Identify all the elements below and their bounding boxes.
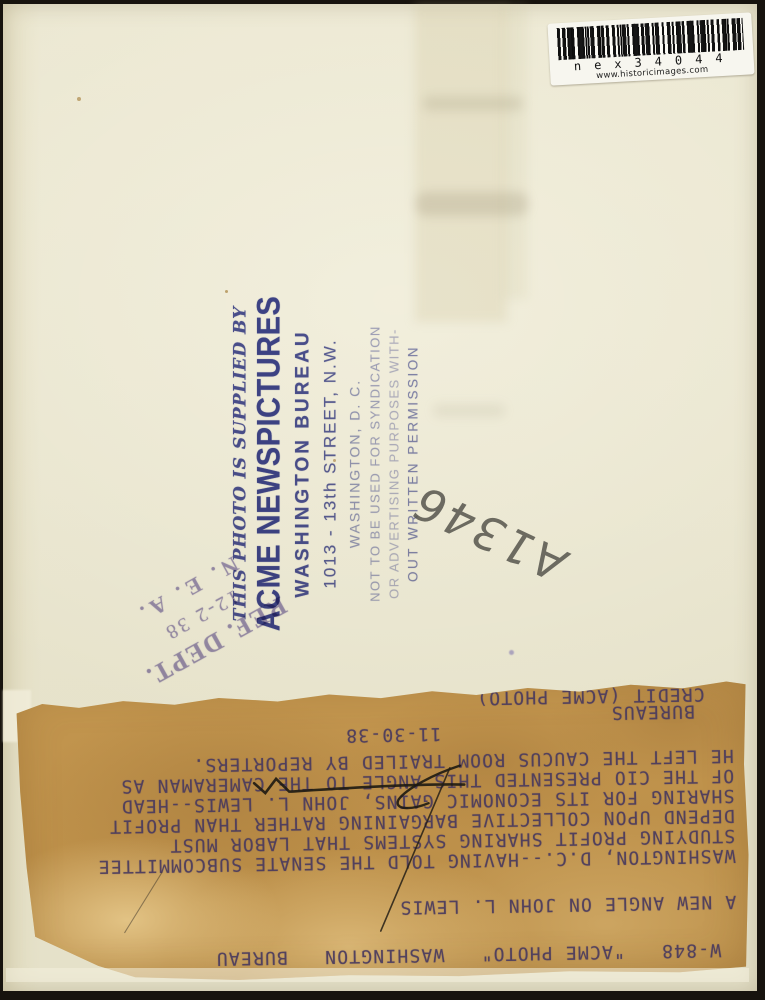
stamp-line-restriction-3: OUT WRITTEN PERMISSION <box>406 294 421 634</box>
paper-bottom-margin <box>6 968 749 982</box>
stamp-line-restriction-1: NOT TO BE USED FOR SYNDICATION <box>368 294 383 634</box>
ghost-bleed-band <box>415 4 507 322</box>
caption-strip: W-848 "ACME PHOTO" WASHINGTON BUREAU A N… <box>12 674 753 989</box>
ghost-bleed-mark <box>423 96 523 111</box>
ink-fleck <box>509 650 514 655</box>
paper-speck <box>77 97 81 101</box>
pen-marks <box>12 674 753 989</box>
stamp-line-restriction-2: OR ADVERTISING PURPOSES WITH- <box>387 294 402 634</box>
paper-speck <box>225 290 228 293</box>
ghost-bleed-band <box>503 4 527 299</box>
stamp-line-city: WASHINGTON, D. C. <box>347 294 363 634</box>
barcode-sticker: nex34044 www.historicimages.com <box>547 12 754 85</box>
stamp-line-street-address: 1013 - 13th STREET, N.W. <box>321 294 341 634</box>
ghost-bleed-mark <box>416 192 528 216</box>
photo-back-paper: nex34044 www.historicimages.com THIS PHO… <box>3 4 757 991</box>
